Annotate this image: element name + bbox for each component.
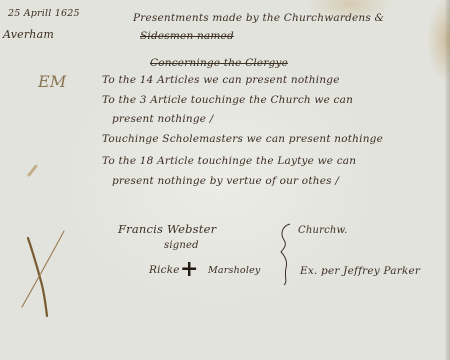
- margin-initials: EM: [38, 72, 66, 91]
- body-line-6: present nothinge by vertue of our othes …: [112, 175, 339, 187]
- signed-label: signed: [164, 240, 199, 251]
- brace-icon: [278, 222, 294, 286]
- mark-surname: Marsholey: [208, 265, 260, 276]
- margin-date: 25 Aprill 1625: [8, 8, 80, 19]
- body-line-2: To the 3 Article touchinge the Church we…: [102, 94, 353, 106]
- heading-line-2: Sidesmen named: [140, 30, 234, 42]
- heading-line-1: Presentments made by the Churchwardens &: [133, 12, 384, 24]
- witness-signature: Ex. per Jeffrey Parker: [300, 265, 420, 277]
- signature-cross-mark: +: [180, 256, 199, 282]
- body-line-4: Touchinge Scholemasters we can present n…: [102, 133, 383, 145]
- ink-smudge: [26, 165, 40, 177]
- role-label: Churchw.: [298, 225, 348, 236]
- cross-mark-icon: [18, 230, 68, 320]
- section-heading: Concerninge the Clergye: [150, 57, 288, 69]
- page-edge: [445, 0, 450, 360]
- manuscript-page: 25 Aprill 1625 Averham EM Presentments m…: [0, 0, 450, 360]
- margin-parish: Averham: [3, 28, 54, 41]
- body-line-5: To the 18 Article touchinge the Laytye w…: [102, 155, 356, 167]
- body-line-3: present nothinge /: [112, 113, 213, 125]
- mark-name: Ricke: [149, 264, 180, 276]
- body-line-1: To the 14 Articles we can present nothin…: [102, 74, 340, 86]
- signature-churchwarden: Francis Webster: [118, 222, 216, 236]
